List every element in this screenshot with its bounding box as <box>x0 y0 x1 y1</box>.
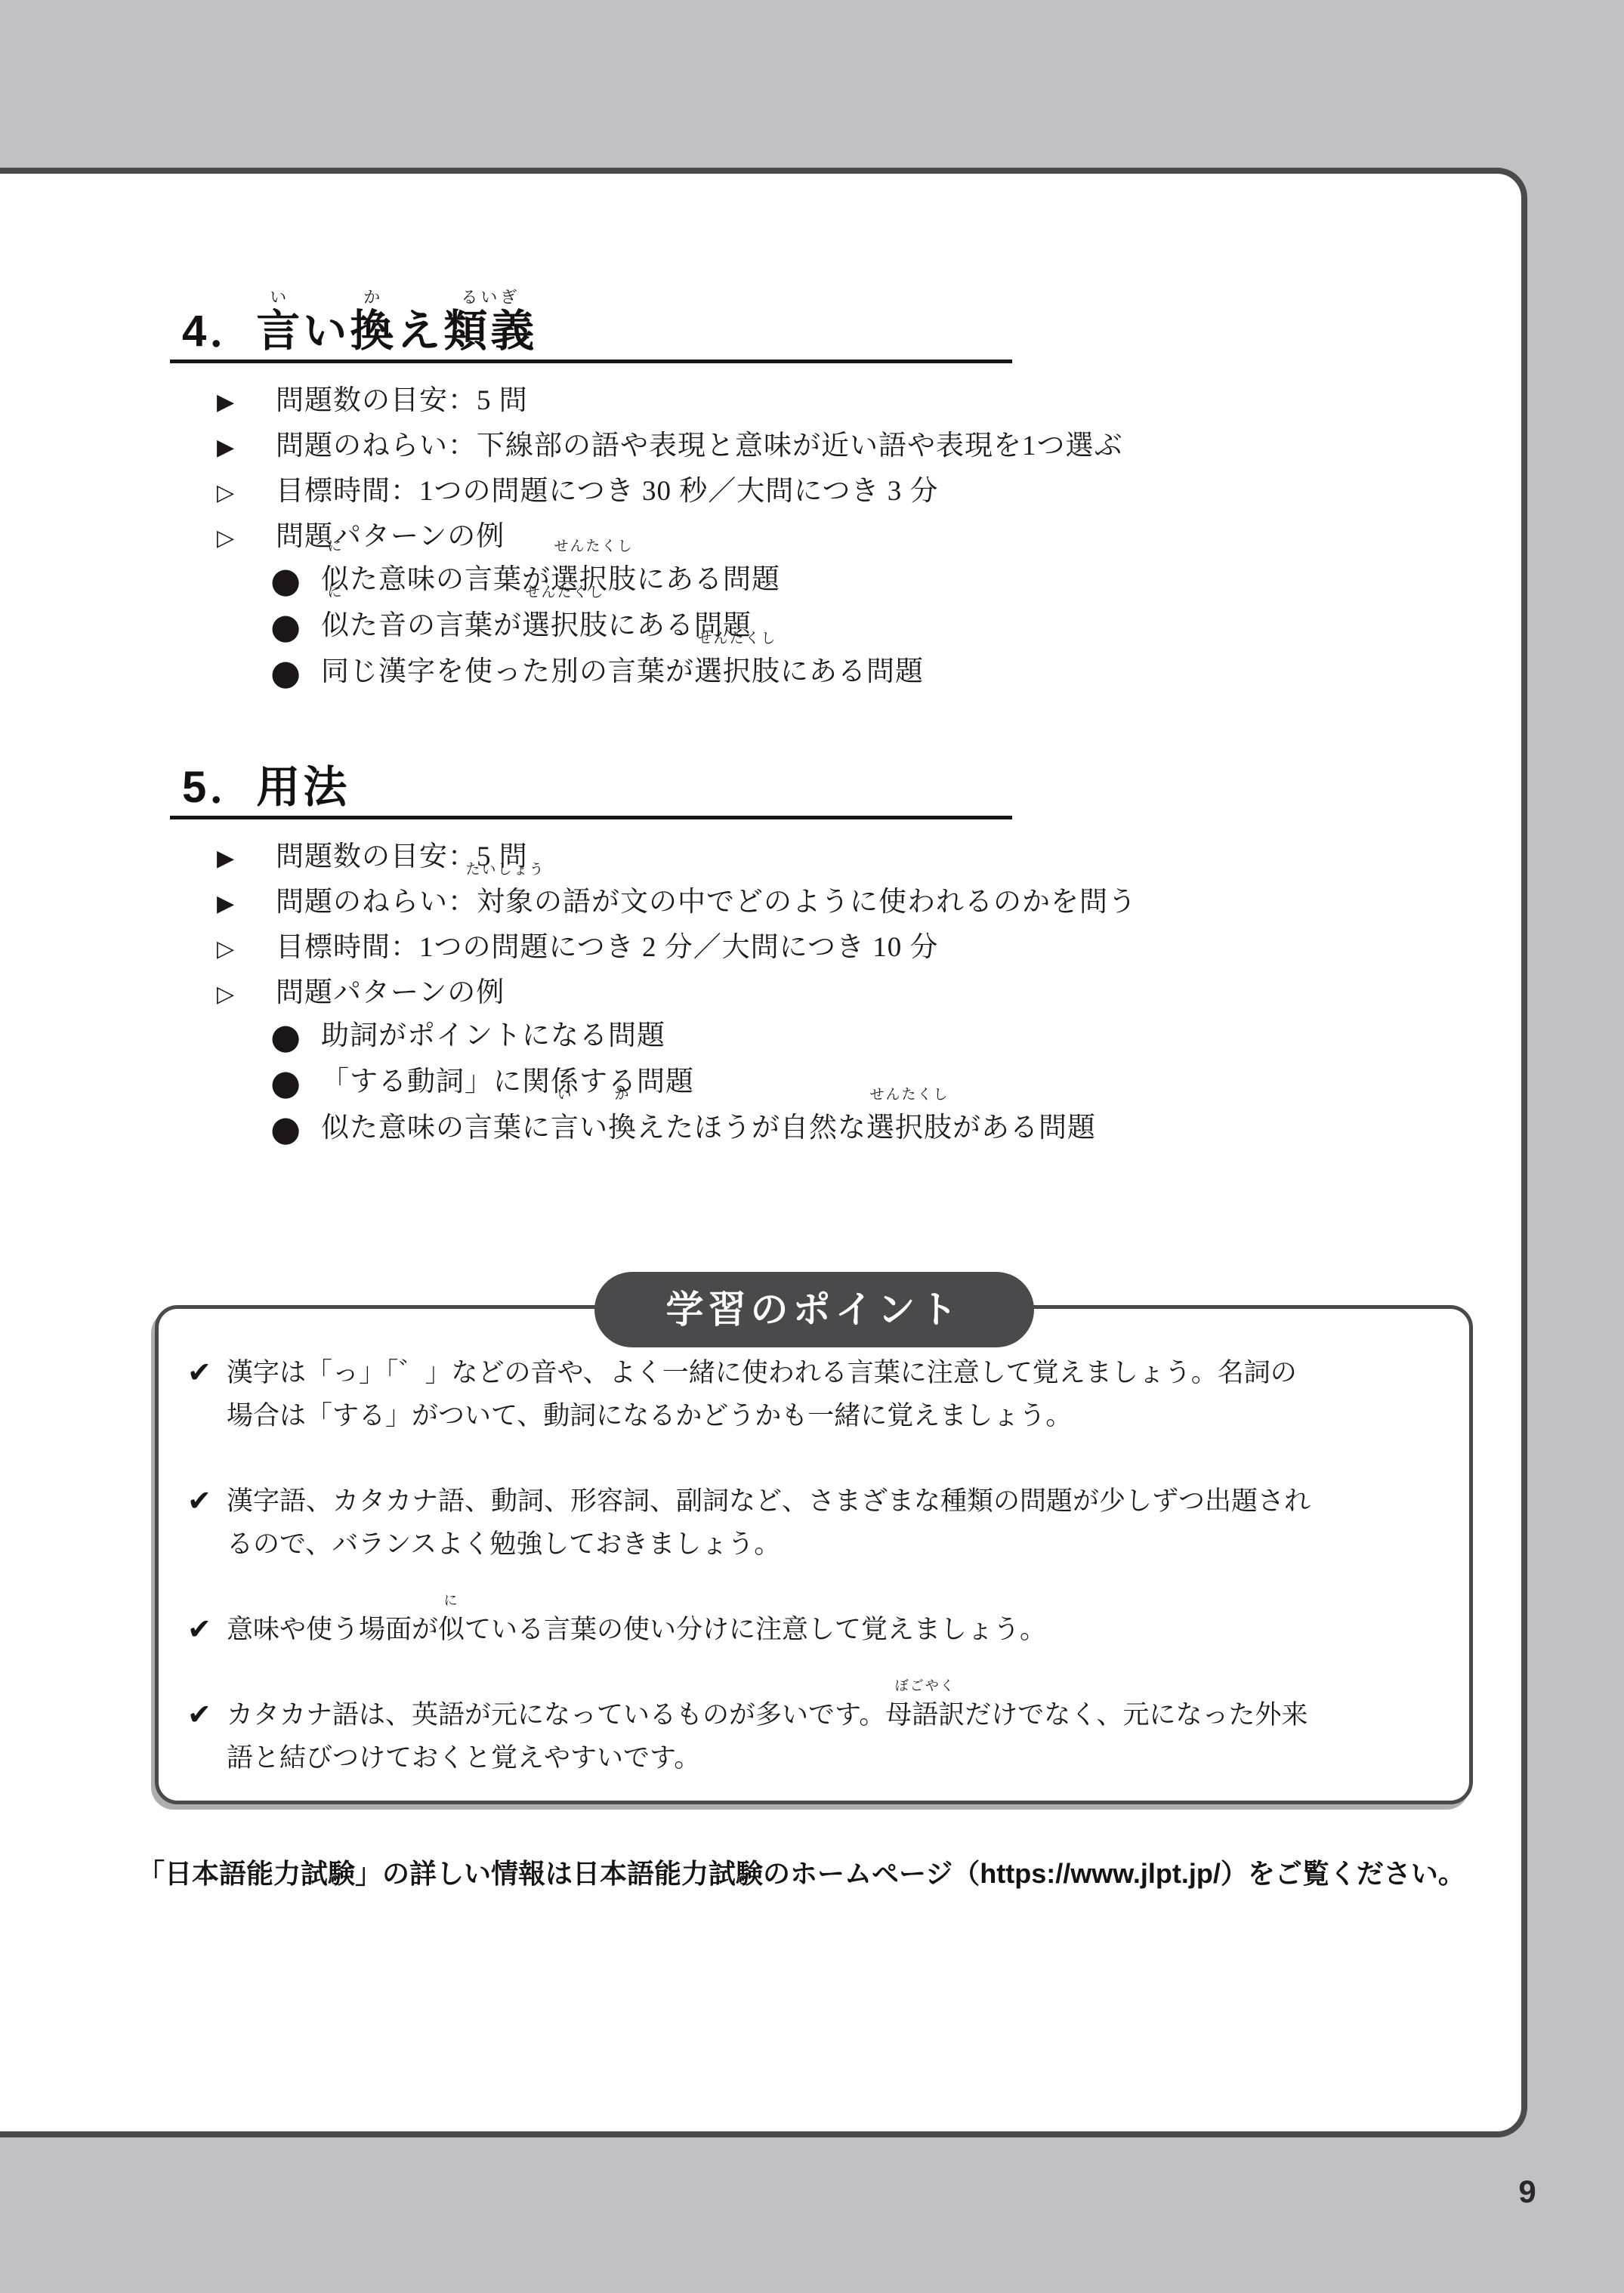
section-5-sublist: ●助詞がポイントになる問題 ●「する動詞」に関係する問題 ●似た意味の言葉に言い… <box>0 1013 1503 1151</box>
bullet-circle-icon: ● <box>270 650 321 696</box>
triangle-outline-icon: ▷ <box>217 471 276 516</box>
bullet-circle-icon: ● <box>270 557 321 603</box>
list-item-text: 「する動詞」に関係する問題 <box>321 1066 694 1097</box>
list-item: ▷目標時間：1つの問題につき 2 分／大問につき 10 分 <box>217 925 1503 971</box>
section-4-title: 4．言いい換かえ類義るいぎ <box>170 310 1012 353</box>
check-mark-icon: ✔ <box>187 1351 227 1394</box>
list-item-text: 目標時間：1つの問題につき 30 秒／大問につき 3 分 <box>276 476 939 507</box>
list-item: ▶問題のねらい：下線部の語や表現と意味が近い語や表現を1つ選ぶ <box>217 424 1503 469</box>
list-item: ▶問題のねらい：対象たいしょうの語が文の中でどのように使われるのかを問う <box>217 880 1503 925</box>
list-item-text: 助詞がポイントになる問題 <box>321 1020 665 1051</box>
study-point-text: 意味や使う場面が似にている言葉の使い分けに注意して覚えましょう。 <box>227 1608 1454 1651</box>
triangle-outline-icon: ▷ <box>217 516 276 561</box>
list-item-text: 問題パターンの例 <box>276 521 505 552</box>
study-point-line: 場合は「する」がついて、動詞になるかどうかも一緒に覚えましょう。 <box>227 1394 1454 1437</box>
section-5-list: ▶問題数の目安：5 問 ▶問題のねらい：対象たいしょうの語が文の中でどのように使… <box>0 835 1503 1016</box>
bullet-circle-icon: ● <box>270 1106 321 1152</box>
study-point-line: るので、バランスよく勉強しておきましょう。 <box>227 1523 1454 1566</box>
triangle-filled-icon: ▶ <box>217 380 276 425</box>
scanned-page: { "page": { "number": "9", "background_c… <box>0 0 1624 2293</box>
study-point-line: 漢字語、カタカナ語、動詞、形容詞、副詞など、さまざまな種類の問題が少しずつ出題さ… <box>227 1480 1454 1523</box>
content-card: 4．言いい換かえ類義るいぎ ▶問題数の目安：5 問 ▶問題のねらい：下線部の語や… <box>0 168 1527 2137</box>
list-item-text: 問題のねらい：対象たいしょうの語が文の中でどのように使われるのかを問う <box>276 887 1137 918</box>
bullet-circle-icon: ● <box>270 603 321 650</box>
list-item-text: 問題パターンの例 <box>276 977 505 1008</box>
triangle-outline-icon: ▷ <box>217 972 276 1017</box>
list-item-text: 目標時間：1つの問題につき 2 分／大問につき 10 分 <box>276 932 939 963</box>
triangle-filled-icon: ▶ <box>217 881 276 927</box>
list-item: ●似にた音の言葉が選択肢せんたくしにある問題 <box>270 603 1503 649</box>
list-item: ▶問題数の目安：5 問 <box>217 835 1503 880</box>
list-item: ●似た意味の言葉に言いい換かえたほうが自然な選択肢せんたくしがある問題 <box>270 1105 1503 1151</box>
bullet-circle-icon: ● <box>270 1014 321 1060</box>
study-point-line: カタカナ語は、英語が元になっているものが多いです。母語訳ぼごやくだけでなく、元に… <box>227 1693 1454 1736</box>
study-point-line: 漢字は「っ」「゛」などの音や、よく一緒に使われる言葉に注意して覚えましょう。名詞… <box>227 1351 1454 1394</box>
check-mark-icon: ✔ <box>187 1693 227 1736</box>
study-point-item: ✔ 漢字語、カタカナ語、動詞、形容詞、副詞など、さまざまな種類の問題が少しずつ出… <box>187 1480 1454 1566</box>
list-item: ▶問題数の目安：5 問 <box>217 378 1503 424</box>
section-4-list: ▶問題数の目安：5 問 ▶問題のねらい：下線部の語や表現と意味が近い語や表現を1… <box>0 378 1503 560</box>
study-point-text: 漢字は「っ」「゛」などの音や、よく一緒に使われる言葉に注意して覚えましょう。名詞… <box>227 1351 1454 1437</box>
study-point-line: 意味や使う場面が似にている言葉の使い分けに注意して覚えましょう。 <box>227 1608 1454 1651</box>
list-item-text: 同じ漢字を使った別の言葉が選択肢せんたくしにある問題 <box>321 656 924 687</box>
study-point-text: 漢字語、カタカナ語、動詞、形容詞、副詞など、さまざまな種類の問題が少しずつ出題さ… <box>227 1480 1454 1566</box>
study-points-box: 学習のポイント ✔ 漢字は「っ」「゛」などの音や、よく一緒に使われる言葉に注意し… <box>155 1305 1473 1804</box>
list-item: ▷問題パターンの例 <box>217 514 1503 560</box>
list-item: ▷目標時間：1つの問題につき 30 秒／大問につき 3 分 <box>217 469 1503 514</box>
triangle-filled-icon: ▶ <box>217 425 276 471</box>
content-area: 4．言いい換かえ類義るいぎ ▶問題数の目安：5 問 ▶問題のねらい：下線部の語や… <box>0 174 1503 1890</box>
triangle-filled-icon: ▶ <box>217 836 276 881</box>
list-item: ●似にた意味の言葉が選択肢せんたくしにある問題 <box>270 557 1503 603</box>
study-point-line: 語と結びつけておくと覚えやすいです。 <box>227 1736 1454 1779</box>
page-number: 9 <box>1505 2174 1550 2210</box>
study-point-item: ✔ 意味や使う場面が似にている言葉の使い分けに注意して覚えましょう。 <box>187 1608 1454 1651</box>
section-4: 4．言いい換かえ類義るいぎ ▶問題数の目安：5 問 ▶問題のねらい：下線部の語や… <box>0 310 1503 695</box>
list-item: ●同じ漢字を使った別の言葉が選択肢せんたくしにある問題 <box>270 649 1503 695</box>
list-item-text: 問題のねらい：下線部の語や表現と意味が近い語や表現を1つ選ぶ <box>276 431 1123 461</box>
study-point-item: ✔ カタカナ語は、英語が元になっているものが多いです。母語訳ぼごやくだけでなく、… <box>187 1693 1454 1779</box>
footer-note: 「日本語能力試験」の詳しい情報は日本語能力試験のホームページ（https://w… <box>137 1857 1503 1890</box>
list-item-text: 似にた音の言葉が選択肢せんたくしにある問題 <box>321 610 752 641</box>
section-4-heading-underline: 4．言いい換かえ類義るいぎ <box>170 310 1012 363</box>
list-item-text: 似た意味の言葉に言いい換かえたほうが自然な選択肢せんたくしがある問題 <box>321 1113 1096 1143</box>
study-point-item: ✔ 漢字は「っ」「゛」などの音や、よく一緒に使われる言葉に注意して覚えましょう。… <box>187 1351 1454 1437</box>
list-item: ▷問題パターンの例 <box>217 971 1503 1016</box>
section-5-heading-underline: 5．用法 <box>170 766 1012 819</box>
section-5-title: 5．用法 <box>170 766 1012 810</box>
check-mark-icon: ✔ <box>187 1480 227 1523</box>
list-item-text: 問題数の目安：5 問 <box>276 385 528 416</box>
study-points-badge: 学習のポイント <box>594 1272 1034 1347</box>
list-item: ●助詞がポイントになる問題 <box>270 1013 1503 1059</box>
check-mark-icon: ✔ <box>187 1608 227 1651</box>
study-point-text: カタカナ語は、英語が元になっているものが多いです。母語訳ぼごやくだけでなく、元に… <box>227 1693 1454 1779</box>
bullet-circle-icon: ● <box>270 1060 321 1106</box>
section-5: 5．用法 ▶問題数の目安：5 問 ▶問題のねらい：対象たいしょうの語が文の中でど… <box>0 766 1503 1151</box>
triangle-outline-icon: ▷ <box>217 927 276 972</box>
section-4-sublist: ●似にた意味の言葉が選択肢せんたくしにある問題 ●似にた音の言葉が選択肢せんたく… <box>0 557 1503 695</box>
